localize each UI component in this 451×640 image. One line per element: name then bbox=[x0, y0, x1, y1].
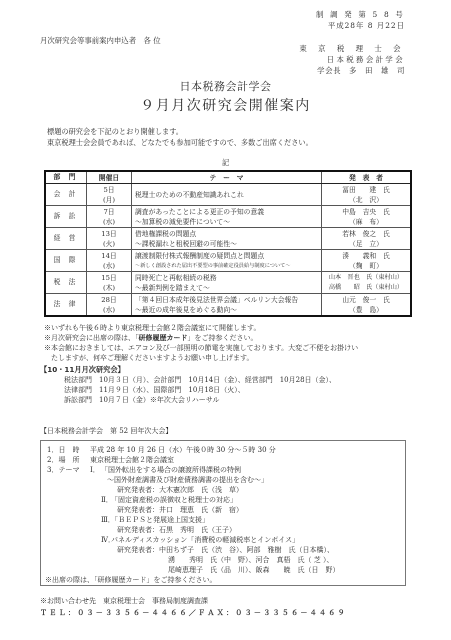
table-row: 会 計 5日(月) 税理士のための不動産知識あれこれ 冨田 建 氏（北 沢） bbox=[45, 184, 411, 206]
presenter-name: 湊 義和 氏 bbox=[325, 251, 407, 261]
presenter-name: 若林 俊之 氏 bbox=[325, 229, 407, 239]
presenter-cell: 山元 俊一 氏（豊 島） bbox=[322, 294, 412, 317]
theme-4-presenters: 研究発表者：中田ちず子 氏（渋 谷）、阿部 雅樹 氏（日本橋）、 bbox=[117, 545, 334, 555]
weekday: (水) bbox=[90, 217, 128, 227]
dept-cell: 法 律 bbox=[45, 294, 87, 317]
annual-box: 1．日 時 平成 28 年 10 月 26 日（水）午後０時 30 分～５時 3… bbox=[40, 440, 406, 586]
day: 15日 bbox=[90, 273, 128, 283]
date-cell: 15日(木) bbox=[87, 272, 132, 294]
day: 7日 bbox=[90, 207, 128, 217]
theme-3-presenter: 研究発表者：石黒 秀明 氏（王子） bbox=[117, 525, 236, 535]
ki-label: 記 bbox=[222, 158, 229, 167]
annual-note: ※出席の際は、「研修履歴カード」をご持参ください。 bbox=[45, 575, 217, 585]
note-energy-1: ※本会館におきましては、エアコン及び一部照明の節電を実施しております。大変ご不便… bbox=[44, 343, 358, 353]
theme-line: 譲渡制限付株式報酬制度の疑問点と問題点 bbox=[135, 251, 318, 261]
next-month-section: 【10・11月月次研究会】 税法部門 10月３日（月）、会計部門 10月14日（… bbox=[40, 365, 336, 405]
presenter-cell: 山本 晋也 氏（東村山）高橋 昭 氏（東村山） bbox=[322, 272, 412, 294]
table-row: 法 律 28日(水) 「第４回日本成年後見法世界会議」ベルリン大会報告～最近の成… bbox=[45, 294, 411, 317]
presenter-cell: 湊 義和 氏（麹 町） bbox=[322, 250, 412, 272]
intro-line-2: 東京税理士会会員であれば、どなたでも参加可能ですので、多数ご出席ください。 bbox=[47, 138, 313, 149]
theme-3-title: 「ＢＥＰＳと発展途上国支援」 bbox=[111, 515, 209, 525]
intro-line-1: 標題の研究会を下記のとおり開催します。 bbox=[47, 127, 313, 138]
dept-cell: 税 法 bbox=[45, 272, 87, 294]
datetime-label: 1．日 時 bbox=[47, 445, 79, 455]
theme-1-number: Ⅰ． bbox=[90, 465, 100, 475]
day: 28日 bbox=[90, 295, 128, 305]
presenter-branch: （麻 布） bbox=[325, 217, 407, 227]
organization-title: 日本税務会計学会 bbox=[0, 80, 451, 94]
theme-4-presenters: 尾崎恵理子 氏（品 川）、飯森 暁 氏（日 野） bbox=[168, 565, 340, 575]
theme-cell: 譲渡制限付株式報酬制度の疑問点と問題点～新しく創設された届出不要型の事前確定役員… bbox=[132, 250, 322, 272]
header-presenter: 発 表 者 bbox=[322, 171, 412, 184]
contact-phone-fax: ＴＥＬ：０３－３３５６－４４６６／ＦＡＸ：０３－３３５６－４４６９ bbox=[40, 607, 347, 618]
weekday: (月) bbox=[90, 195, 128, 205]
presenter-cell: 中島 吉央 氏（麻 布） bbox=[322, 206, 412, 228]
weekday: (木) bbox=[90, 283, 128, 293]
date-cell: 5日(月) bbox=[87, 184, 132, 206]
presenter-branch: （豊 島） bbox=[325, 305, 407, 315]
theme-4-presenters: 湧 秀明 氏（中 野）、河合 真梧 氏（ 芝 ）、 bbox=[168, 555, 333, 565]
table-row: 国 際 14日(水) 譲渡制限付株式報酬制度の疑問点と問題点～新しく創設された届… bbox=[45, 250, 411, 272]
theme-cell: 同時死亡と再転相続の税務～最新判例を踏まえて～ bbox=[132, 272, 322, 294]
schedule-table: 部 門 開催日 テ ー マ 発 表 者 会 計 5日(月) 税理士のための不動産… bbox=[44, 170, 412, 317]
training-card-label: 研修履歴カード bbox=[139, 334, 188, 342]
theme-subline: ～最新判例を踏まえて～ bbox=[135, 283, 318, 293]
theme-1-subtitle: ～国外財産調書及び財産債務調書の提出を含む～」 bbox=[107, 475, 268, 485]
theme-subline: ～加算税の減免要件について～ bbox=[135, 217, 318, 227]
theme-line: 借地権課税の問題点 bbox=[135, 229, 318, 239]
presenter-branch: （麹 町） bbox=[325, 261, 407, 271]
theme-line: 税理士のための不動産知識あれこれ bbox=[135, 190, 318, 200]
theme-line: 調査があったことによる更正の予知の意義 bbox=[135, 207, 318, 217]
presenter-cell: 若林 俊之 氏（足 立） bbox=[322, 228, 412, 250]
day: 5日 bbox=[90, 185, 128, 195]
place-value: 東京税理士会館２階会議室 bbox=[90, 455, 174, 465]
date-cell: 7日(水) bbox=[87, 206, 132, 228]
addressee: 月次研究会等事前案内申込者 各 位 bbox=[40, 36, 161, 45]
next-month-line: 訴訟部門 10月７日（金）※年次大会リハーサル bbox=[40, 395, 336, 405]
weekday: (火) bbox=[90, 239, 128, 249]
theme-2-title: 「固定資産税の誤徴収と税理士の対応」 bbox=[111, 495, 237, 505]
presenter-branch: （北 沢） bbox=[325, 195, 407, 205]
table-row: 訴 訟 7日(水) 調査があったことによる更正の予知の意義～加算税の減免要件につ… bbox=[45, 206, 411, 228]
theme-line: 同時死亡と再転相続の税務 bbox=[135, 273, 318, 283]
presenter-name: 中島 吉央 氏 bbox=[325, 207, 407, 217]
theme-2-presenter: 研究発表者：井口 理恵 氏（新 宿） bbox=[117, 505, 243, 515]
theme-line: 「第４回日本成年後見法世界会議」ベルリン大会報告 bbox=[135, 295, 318, 305]
day: 14日 bbox=[90, 251, 128, 261]
next-month-line: 法律部門 11月９日（水）、国際部門 10月18日（火）、 bbox=[40, 385, 336, 395]
annual-heading: 【日本税務会計学会 第 52 回年次大会】 bbox=[40, 427, 172, 436]
theme-subline: ～最近の成年後見をめぐる動向～ bbox=[135, 305, 318, 315]
issuer-society: 日本税務会計学会 bbox=[327, 55, 405, 65]
weekday: (水) bbox=[90, 261, 128, 271]
note-energy-2: たしますが、何卒ご理解くださいますようお願い申し上げます。 bbox=[44, 353, 358, 363]
dept-cell: 訴 訟 bbox=[45, 206, 87, 228]
issuer-president: 学会長 多 田 雄 司 bbox=[317, 66, 405, 76]
table-row: 経 営 13日(火) 借地権課税の問題点～課税漏れと租税回避の可能性～ 若林 俊… bbox=[45, 228, 411, 250]
notes: ※いずれも午後６時より東京税理士会館２階会議室にて開催します。 ※月次研究会に出… bbox=[44, 323, 358, 363]
next-month-heading: 【10・11月月次研究会】 bbox=[40, 365, 336, 375]
date-cell: 14日(水) bbox=[87, 250, 132, 272]
presenter-name: 冨田 建 氏 bbox=[325, 185, 407, 195]
intro-text: 標題の研究会を下記のとおり開催します。 東京税理士会会員であれば、どなたでも参加… bbox=[47, 127, 313, 148]
issuer-tax-association: 東 京 税 理 士 会 bbox=[299, 44, 405, 54]
theme-4-title: パネルディスカッション「消費税の軽減税率とインボイス」 bbox=[111, 535, 299, 545]
weekday: (水) bbox=[90, 305, 128, 315]
datetime-value: 平成 28 年 10 月 26 日（水）午後０時 30 分～５時 30 分 bbox=[90, 445, 276, 455]
date-cell: 13日(火) bbox=[87, 228, 132, 250]
theme-label: 3．テーマ bbox=[47, 465, 79, 475]
presenter-name: 山元 俊一 氏 bbox=[325, 295, 407, 305]
page-title: ９月月次研究会開催案内 bbox=[0, 98, 451, 116]
theme-cell: 税理士のための不動産知識あれこれ bbox=[132, 184, 322, 206]
theme-cell: 調査があったことによる更正の予知の意義～加算税の減免要件について～ bbox=[132, 206, 322, 228]
theme-cell: 借地権課税の問題点～課税漏れと租税回避の可能性～ bbox=[132, 228, 322, 250]
date-cell: 28日(水) bbox=[87, 294, 132, 317]
dept-cell: 国 際 bbox=[45, 250, 87, 272]
header-theme: テ ー マ bbox=[132, 171, 322, 184]
presenter-cell: 冨田 建 氏（北 沢） bbox=[322, 184, 412, 206]
contact-label: ※お問い合わせ先 東京税理士会 事務局制度調査課 bbox=[40, 596, 347, 607]
day: 13日 bbox=[90, 229, 128, 239]
note-venue: ※いずれも午後６時より東京税理士会館２階会議室にて開催します。 bbox=[44, 323, 358, 333]
theme-subline: ～課税漏れと租税回避の可能性～ bbox=[135, 239, 318, 249]
presenter-name: 山本 晋也 氏（東村山） bbox=[325, 273, 407, 283]
dept-cell: 経 営 bbox=[45, 228, 87, 250]
table-row: 税 法 15日(木) 同時死亡と再転相続の税務～最新判例を踏まえて～ 山本 晋也… bbox=[45, 272, 411, 294]
document-number: 制 調 発 第 5 8 号 bbox=[316, 10, 405, 20]
theme-1-title: 「国外転出をする場合の譲渡所得課税の特例 bbox=[101, 465, 241, 475]
dept-cell: 会 計 bbox=[45, 184, 87, 206]
header-dept: 部 門 bbox=[45, 171, 87, 184]
theme-subline: ～新しく創設された届出不要型の事前確定役員給与制度について～ bbox=[135, 261, 318, 271]
issue-date: 平成28年 8 月22日 bbox=[328, 21, 405, 31]
theme-cell: 「第４回日本成年後見法世界会議」ベルリン大会報告～最近の成年後見をめぐる動向～ bbox=[132, 294, 322, 317]
note-card: ※月次研究会に出席の際は、「研修履歴カード」をご持参ください。 bbox=[44, 333, 358, 343]
place-label: 2．場 所 bbox=[47, 455, 79, 465]
contact-section: ※お問い合わせ先 東京税理士会 事務局制度調査課 ＴＥＬ：０３－３３５６－４４６… bbox=[40, 596, 347, 618]
header-date: 開催日 bbox=[87, 171, 132, 184]
table-header-row: 部 門 開催日 テ ー マ 発 表 者 bbox=[45, 171, 411, 184]
next-month-line: 税法部門 10月３日（月）、会計部門 10月14日（金）、経営部門 10月28日… bbox=[40, 375, 336, 385]
presenter-branch: （足 立） bbox=[325, 239, 407, 249]
theme-1-presenter: 研究発表者：大木憲次郎 氏（浅 草） bbox=[117, 485, 243, 495]
presenter-name: 高橋 昭 氏（東村山） bbox=[325, 283, 407, 293]
